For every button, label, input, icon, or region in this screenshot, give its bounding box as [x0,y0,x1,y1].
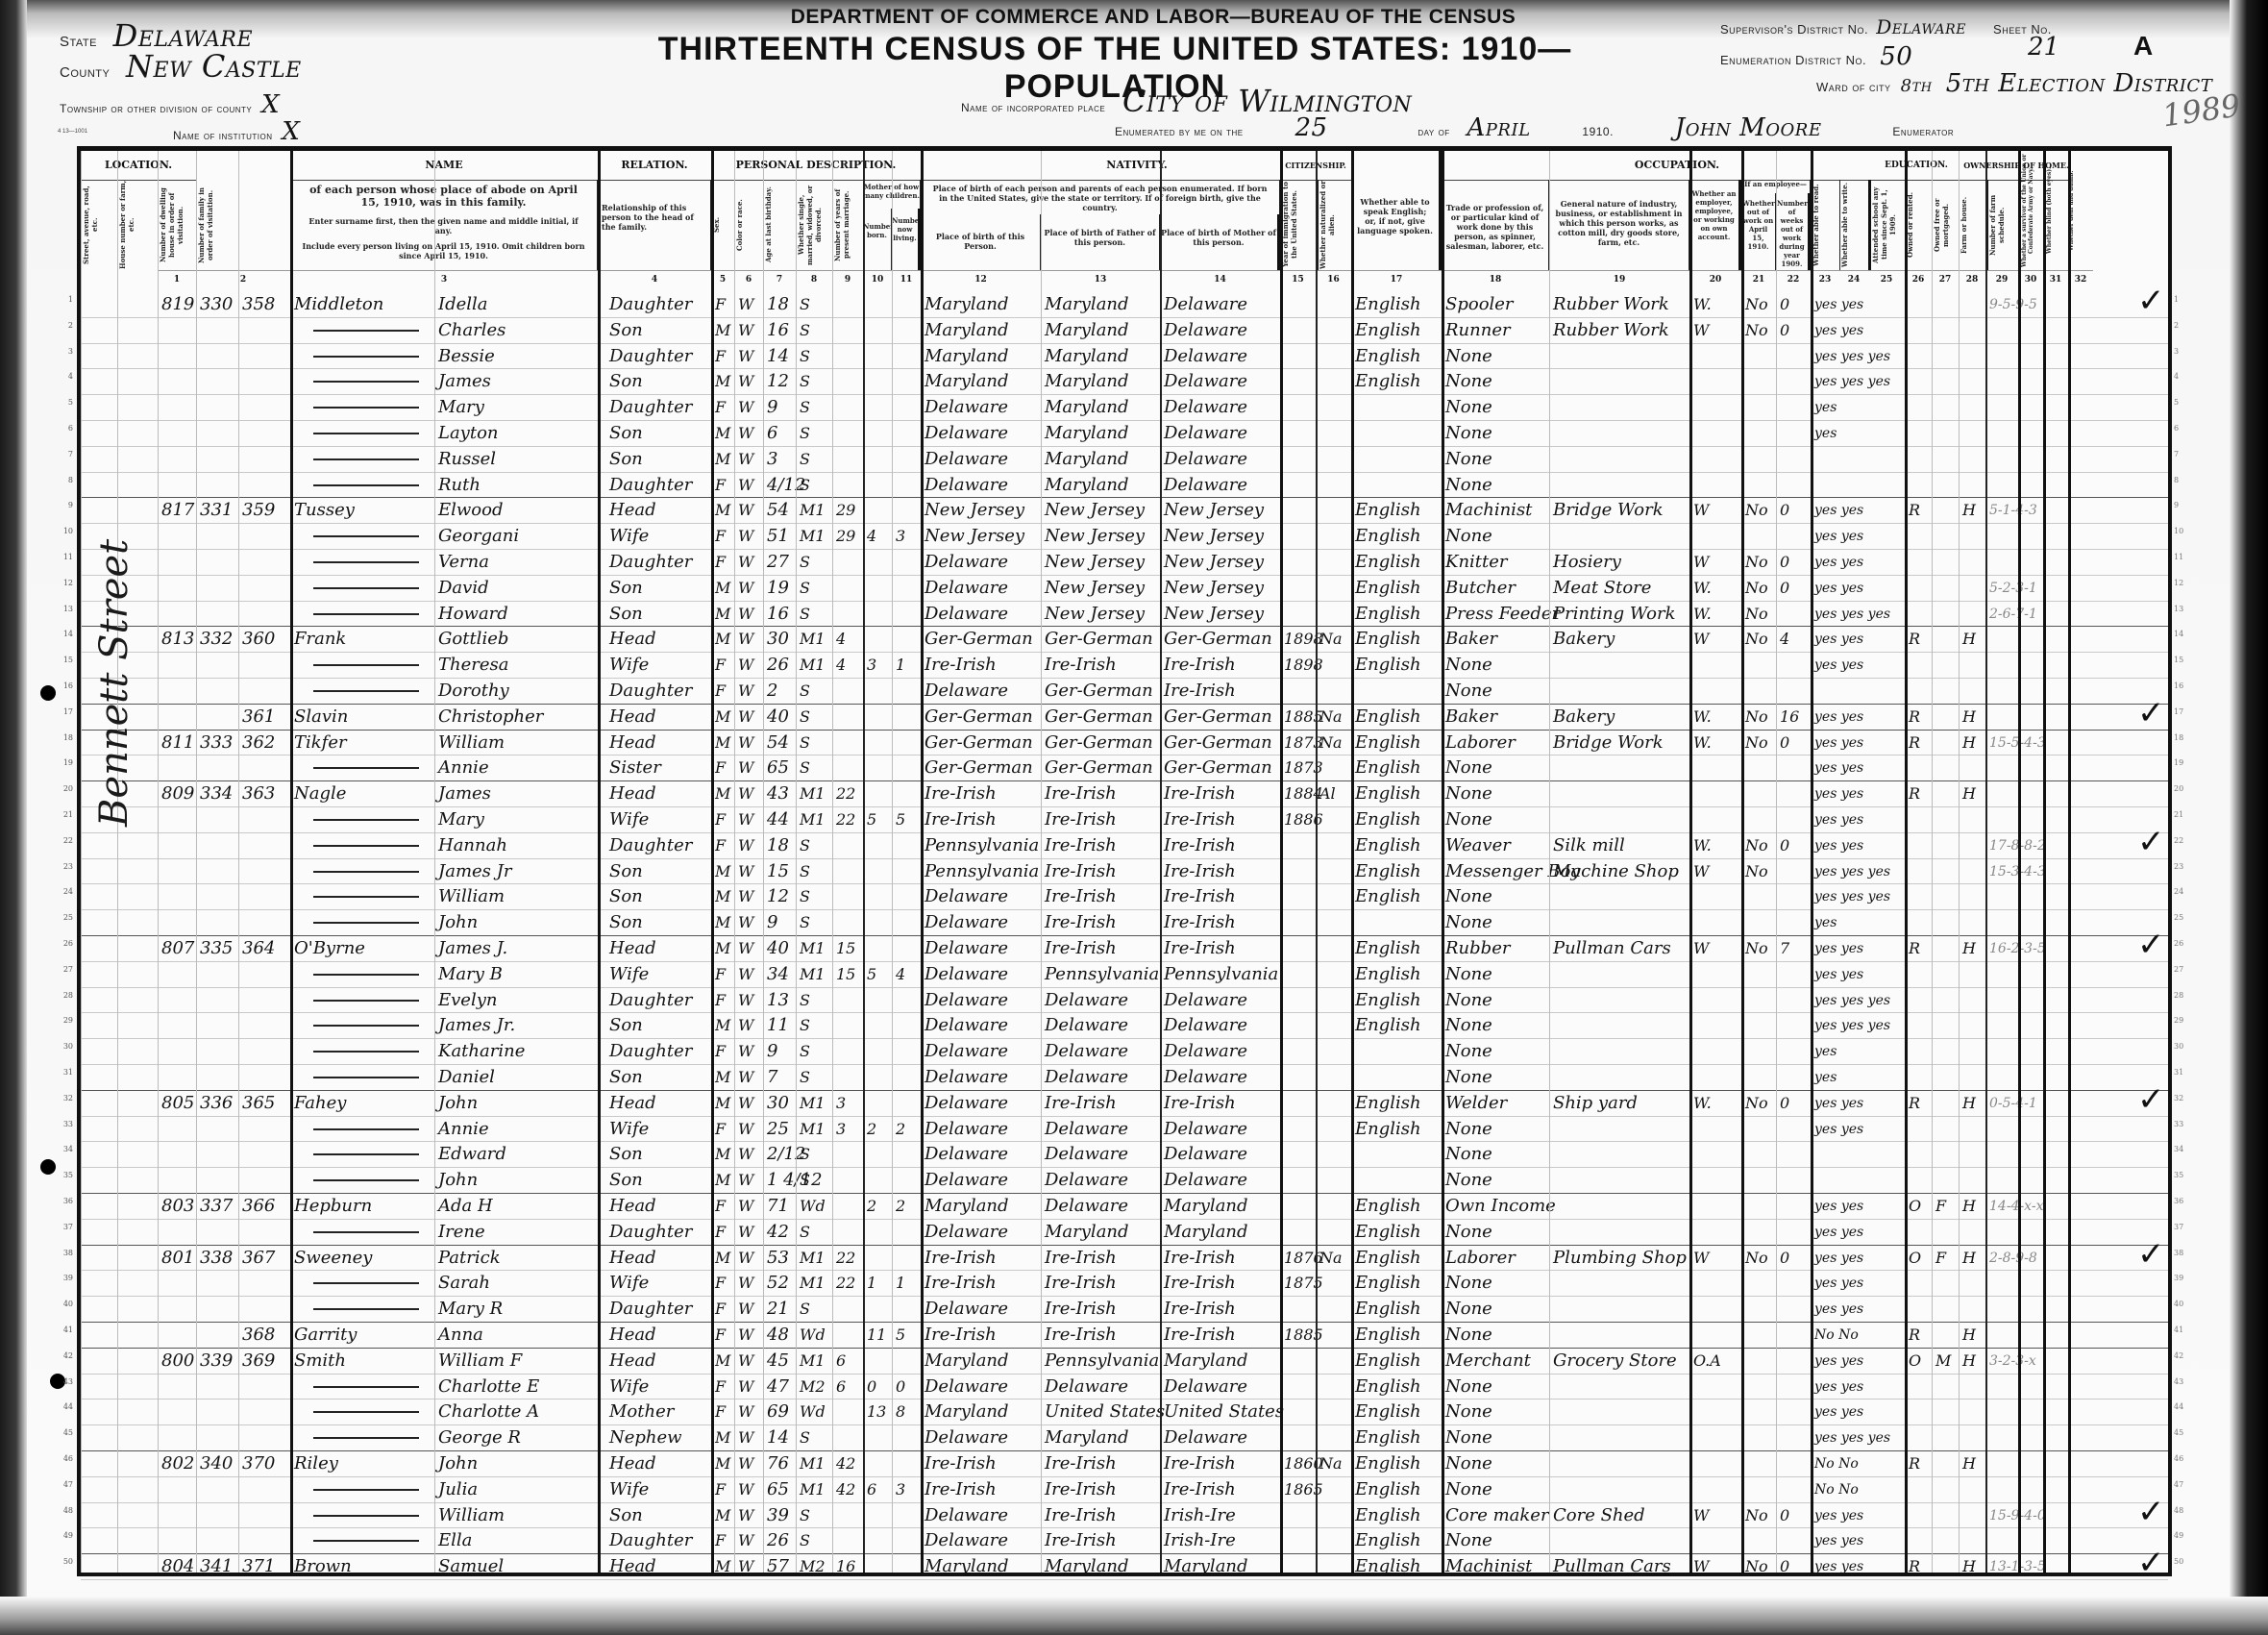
cell-mother-birth: Delaware [1164,1424,1247,1450]
line-number: 6 [35,424,73,433]
cell-mother-birth: Delaware [1164,1167,1247,1193]
cell-house: 334 [200,780,233,806]
cell-out-of-work: No [1745,730,1768,756]
table-row: 361SlavinChristopherHeadMW40SGer-GermanG… [81,704,2168,731]
cell-age: 48 [767,1322,789,1348]
cell-own: R [1909,626,1920,652]
cell-living: 1 [896,1270,905,1296]
cell-birth: Delaware [924,1296,1008,1322]
cell-father-birth: Maryland [1045,317,1129,343]
cell-sex: F [715,1193,726,1219]
cell-birth: Delaware [924,678,1008,704]
cell-age: 13 [767,987,789,1013]
cell-race: W [738,806,753,832]
header-blind: Whether blind (both eyes). [2043,151,2068,270]
ditto-mark [313,871,419,873]
cell-sex: M [715,575,730,601]
line-number: 16 [35,681,73,690]
cell-father-birth: New Jersey [1045,601,1145,627]
cell-mother-birth: Ire-Irish [1164,806,1236,832]
line-number: 21 [35,810,73,819]
column-number: 29 [1985,270,2018,288]
cell-born: 2 [867,1116,876,1142]
column-divider [1442,151,1444,1573]
cell-age: 71 [767,1193,789,1219]
cell-born: 6 [867,1476,876,1502]
line-number: 10 [2174,527,2203,535]
cell-sex: F [715,1322,726,1348]
column-number: 5 [711,270,734,288]
cell-read-write: yes yes yes [1814,1012,1890,1038]
cell-mother-birth: Ire-Irish [1164,1090,1236,1116]
line-number: 38 [2174,1249,2203,1257]
cell-marital: M1 [800,1090,826,1116]
cell-years-married: 29 [836,523,855,549]
cell-english: English [1355,730,1421,756]
cell-age: 15 [767,858,789,884]
cell-age: 47 [767,1374,789,1400]
cell-mother-birth: Ire-Irish [1164,1450,1236,1476]
cell-dwelling: 819 [161,291,194,317]
cell-relation: Head [609,730,656,756]
column-divider [2068,151,2071,1573]
cell-birth: Delaware [924,1167,1008,1193]
cell-race: W [738,626,753,652]
line-number: 46 [35,1454,73,1463]
cell-notes: 3-2-3-x [1989,1348,2036,1374]
column-number: 11 [892,270,921,288]
cell-living: 3 [896,523,905,549]
cell-english: English [1355,1012,1421,1038]
cell-class: W. [1693,291,1712,317]
cell-surname [313,806,419,832]
cell-age: 39 [767,1502,789,1528]
cell-farm-house: H [1962,1450,1976,1476]
cell-relation: Daughter [609,394,692,420]
cell-weeks: 0 [1780,832,1789,858]
cell-family: 365 [242,1090,275,1116]
cell-surname [313,1476,419,1502]
line-number: 49 [2174,1531,2203,1540]
cell-class: W. [1693,730,1712,756]
cell-birth: Delaware [924,394,1008,420]
cell-sex: M [715,704,730,730]
cell-age: 7 [767,1064,777,1090]
line-number: 41 [35,1325,73,1334]
township-label: Township or other division of county [60,102,252,115]
cell-sex: M [715,368,730,394]
ditto-mark [313,458,419,460]
cell-birth: Ire-Irish [924,1270,997,1296]
cell-read-write: yes yes [1814,780,1863,806]
cell-father-birth: New Jersey [1045,575,1145,601]
cell-father-birth: Maryland [1045,343,1129,369]
cell-mother-birth: Delaware [1164,1064,1247,1090]
cell-trade: Baker [1445,626,1497,652]
cell-read-write: yes yes [1814,1502,1863,1528]
cell-english: English [1355,806,1421,832]
check-mark-icon: ✓ [2137,823,2165,861]
cell-given: Anna [438,1322,483,1348]
cell-age: 21 [767,1296,789,1322]
cell-weeks: 0 [1780,1502,1789,1528]
column-number: 1 [158,270,196,288]
cell-relation: Head [609,1090,656,1116]
line-number: 1 [35,295,73,304]
cell-sex: M [715,1502,730,1528]
cell-race: W [738,549,753,575]
cell-trade: Laborer [1445,1245,1516,1271]
cell-sex: F [715,806,726,832]
cell-given: James Jr [438,858,511,884]
cell-relation: Daughter [609,1296,692,1322]
cell-birth: Ger-German [924,626,1033,652]
cell-relation: Sister [609,755,661,780]
cell-birth: Maryland [924,317,1009,343]
table-row: Charlotte AMotherFW69Wd138MarylandUnited… [81,1399,2168,1425]
cell-given: Theresa [438,652,508,678]
cell-read-write: yes [1814,1064,1837,1090]
column-divider [1351,151,1354,1573]
cell-trade: Welder [1445,1090,1507,1116]
table-row: Mary RDaughterFW21SDelawareIre-IrishIre-… [81,1296,2168,1323]
cell-surname [313,420,419,446]
ditto-mark [313,1153,419,1155]
department-heading: DEPARTMENT OF COMMERCE AND LABOR—BUREAU … [769,6,1538,29]
cell-age: 65 [767,1476,789,1502]
ditto-mark [313,1515,419,1517]
cell-father-birth: Maryland [1045,420,1129,446]
line-number: 19 [2174,758,2203,767]
table-row: 800339369SmithWilliam FHeadMW45M16Maryla… [81,1348,2168,1375]
cell-age: 40 [767,704,789,730]
cell-years-married: 3 [836,1090,846,1116]
cell-father-birth: Maryland [1045,394,1129,420]
cell-given: John [438,909,478,935]
column-number: 9 [832,270,863,288]
line-number: 9 [35,501,73,509]
cell-surname: Slavin [294,704,348,730]
cell-sex: F [715,1296,726,1322]
cell-read-write: yes yes yes [1814,601,1890,627]
cell-surname [313,1374,419,1400]
line-number: 50 [35,1557,73,1566]
line-number: 10 [35,527,73,535]
cell-read-write: yes yes yes [1814,343,1890,369]
cell-read-write: yes yes [1814,1116,1863,1142]
cell-sex: F [715,652,726,678]
cell-given: Mary [438,806,484,832]
cell-trade: Core maker [1445,1502,1549,1528]
column-divider [1985,151,1987,1573]
cell-mother-birth: New Jersey [1164,497,1264,523]
cell-trade: Machinist [1445,497,1532,523]
cell-relation: Daughter [609,343,692,369]
cell-father-birth: Pennsylvania [1045,961,1159,987]
cell-farm-house: H [1962,780,1976,806]
cell-race: W [738,1502,753,1528]
line-number: 45 [2174,1428,2203,1437]
cell-relation: Wife [609,1476,649,1502]
table-row: GeorganiWifeFW51M12943New JerseyNew Jers… [81,523,2168,550]
cell-farm-house: H [1962,1245,1976,1271]
cell-born: 3 [867,652,876,678]
cell-birth: Delaware [924,549,1008,575]
cell-family: 363 [242,780,275,806]
cell-surname [313,1064,419,1090]
ditto-mark [313,664,419,666]
cell-marital: S [800,858,810,884]
cell-farm-house: H [1962,935,1976,961]
cell-father-birth: Ire-Irish [1045,806,1117,832]
cell-english: English [1355,780,1421,806]
cell-marital: S [800,1502,810,1528]
cell-sex: M [715,1064,730,1090]
cell-relation: Son [609,909,643,935]
column-divider [238,151,239,1573]
header-read: Whether able to read. [1811,180,1839,270]
cell-birth: Delaware [924,575,1008,601]
cell-weeks: 4 [1780,626,1789,652]
cell-birth: New Jersey [924,523,1024,549]
column-number: 28 [1959,270,1985,288]
column-divider [117,151,118,1573]
cell-read-write: yes yes [1814,317,1863,343]
cell-read-write: yes yes [1814,652,1863,678]
column-divider [1741,151,1744,1573]
table-row: EvelynDaughterFW13SDelawareDelawareDelaw… [81,987,2168,1014]
check-mark-icon: ✓ [2137,1544,2165,1582]
line-number: 34 [2174,1145,2203,1153]
line-number: 44 [2174,1402,2203,1411]
cell-sex: M [715,935,730,961]
cell-father-birth: Ire-Irish [1045,1296,1117,1322]
line-number: 17 [35,707,73,716]
cell-relation: Head [609,780,656,806]
cell-marital: M1 [800,626,826,652]
cell-birth: Ire-Irish [924,1322,997,1348]
cell-birth: Delaware [924,1527,1008,1553]
cell-given: Russel [438,446,496,472]
cell-living: 4 [896,961,905,987]
line-number: 43 [35,1377,73,1386]
cell-family: 359 [242,497,275,523]
cell-notes: 2-6-7-1 [1989,601,2037,627]
cell-surname [313,1399,419,1424]
cell-class: W [1693,1245,1709,1271]
cell-father-birth: Maryland [1045,291,1129,317]
cell-english: English [1355,1450,1421,1476]
cell-surname [313,987,419,1013]
cell-relation: Wife [609,523,649,549]
enumerator-label: Enumerator [1892,125,1954,138]
line-number: 7 [35,450,73,458]
cell-sex: F [715,1116,726,1142]
cell-sex: M [715,1450,730,1476]
column-divider [832,151,833,1573]
ditto-mark [313,819,419,821]
cell-marital: M1 [800,1450,826,1476]
cell-birth: Ger-German [924,730,1033,756]
cell-given: Howard [438,601,508,627]
cell-marital: M1 [800,523,826,549]
table-row: DanielSonMW7SDelawareDelawareDelawareNon… [81,1064,2168,1091]
header-trade: Trade or profession of, or particular ki… [1442,180,1549,270]
column-divider [196,151,197,1573]
cell-family: 364 [242,935,275,961]
line-number: 13 [2174,605,2203,613]
cell-sex: F [715,1219,726,1245]
line-number: 5 [35,398,73,407]
cell-out-of-work: No [1745,1502,1768,1528]
ditto-mark [313,433,419,434]
cell-father-birth: Delaware [1045,1167,1128,1193]
cell-trade: None [1445,1476,1492,1502]
header-free-mortgaged: Owned free or mortgaged. [1932,180,1959,270]
cell-race: W [738,472,753,498]
cell-father-birth: Maryland [1045,1219,1129,1245]
cell-relation: Daughter [609,291,692,317]
table-row: 805336365FaheyJohnHeadMW30M13DelawareIre… [81,1090,2168,1117]
cell-birth: Ire-Irish [924,1245,997,1271]
cell-trade: None [1445,1141,1492,1167]
line-number: 22 [2174,836,2203,845]
cell-english: English [1355,1090,1421,1116]
cell-read-write: yes yes yes [1814,368,1890,394]
cell-notes: 9-5-9-5 [1989,291,2037,317]
cell-family: 358 [242,291,275,317]
column-number: 7 [763,270,796,288]
cell-race: W [738,1167,753,1193]
cell-read-write: yes yes [1814,935,1863,961]
header-deaf: Whether deaf and dumb. [2068,151,2168,270]
cell-years-married: 15 [836,935,855,961]
cell-surname: Fahey [294,1090,346,1116]
cell-trade: None [1445,780,1492,806]
line-number: 3 [35,347,73,356]
cell-house: 340 [200,1450,233,1476]
cell-birth: Maryland [924,1193,1009,1219]
header-age: Age at last birthday. [763,180,796,270]
line-number: 25 [35,913,73,922]
cell-out-of-work: No [1745,1553,1768,1579]
cell-mother-birth: Delaware [1164,291,1247,317]
cell-age: 6 [767,420,777,446]
line-number: 40 [2174,1300,2203,1308]
cell-relation: Daughter [609,987,692,1013]
cell-given: William [438,1502,505,1528]
cell-race: W [738,1348,753,1374]
cell-industry: Pullman Cars [1553,935,1671,961]
cell-notes: 14-4-x-x [1989,1193,2043,1219]
cell-father-birth: Delaware [1045,1193,1128,1219]
cell-father-birth: Maryland [1045,1553,1129,1579]
cell-sex: M [715,1167,730,1193]
table-row: JohnSonMW1 4/12SDelawareDelawareDelaware… [81,1167,2168,1194]
cell-marital: S [800,1141,810,1167]
cell-given: Christopher [438,704,543,730]
cell-race: W [738,291,753,317]
cell-mother-birth: New Jersey [1164,549,1264,575]
header-living: Number now living. [892,209,921,270]
cell-father-birth: Ire-Irish [1045,832,1117,858]
cell-given: Hannah [438,832,507,858]
cell-class: W [1693,497,1709,523]
cell-english: English [1355,1374,1421,1400]
cell-marital: S [800,1038,810,1064]
line-number: 32 [35,1094,73,1102]
cell-read-write: yes yes [1814,1296,1863,1322]
line-number: 17 [2174,707,2203,716]
cell-father-birth: Ire-Irish [1045,883,1117,909]
cell-read-write: yes yes yes [1814,858,1890,884]
line-number: 35 [2174,1171,2203,1179]
cell-mother-birth: Delaware [1164,420,1247,446]
cell-marital: M1 [800,1348,826,1374]
cell-living: 2 [896,1193,905,1219]
cell-given: William [438,883,505,909]
column-number: 15 [1280,270,1316,288]
cell-age: 11 [767,1012,789,1038]
cell-birth: Delaware [924,1502,1008,1528]
cell-given: Annie [438,755,489,780]
cell-industry: Plumbing Shop [1553,1245,1687,1271]
header-name-title: of each person whose place of abode on A… [302,184,585,209]
cell-relation: Daughter [609,472,692,498]
cell-surname: Smith [294,1348,346,1374]
cell-english: English [1355,291,1421,317]
cell-mother-birth: Ire-Irish [1164,1245,1236,1271]
cell-father-birth: Ger-German [1045,626,1153,652]
cell-race: W [738,652,753,678]
cell-class: W. [1693,704,1712,730]
table-row: RuthDaughterFW4/12SDelawareMarylandDelaw… [81,472,2168,499]
table-row: 801338367SweeneyPatrickHeadMW53M122Ire-I… [81,1245,2168,1272]
cell-race: W [738,575,753,601]
institution-field: Name of institution X [173,117,300,146]
cell-nat: Na [1319,704,1343,730]
cell-surname [313,909,419,935]
cell-age: 54 [767,730,789,756]
cell-out-of-work: No [1745,601,1768,627]
column-number: 6 [734,270,763,288]
cell-father-birth: Ire-Irish [1045,1476,1117,1502]
cell-marital: M1 [800,961,826,987]
cell-birth: Delaware [924,472,1008,498]
cell-surname [313,601,419,627]
line-number: 42 [2174,1351,2203,1360]
ditto-mark [313,1386,419,1388]
cell-given: Daniel [438,1064,495,1090]
cell-trade: None [1445,343,1492,369]
scan-edge-bottom [0,1597,2268,1635]
cell-birth: Delaware [924,909,1008,935]
cell-mother-birth: Ire-Irish [1164,678,1236,704]
table-row: EdwardSonMW2/12SDelawareDelawareDelaware… [81,1141,2168,1168]
cell-sex: F [715,1476,726,1502]
cell-marital: S [800,1064,810,1090]
cell-age: 34 [767,961,789,987]
cell-age: 45 [767,1348,789,1374]
cell-race: W [738,1553,753,1579]
enumeration-month: April [1467,113,1531,142]
cell-sex: F [715,1038,726,1064]
cell-father-birth: Ire-Irish [1045,1502,1117,1528]
column-number: 30 [2018,270,2043,288]
cell-father-birth: Maryland [1045,368,1129,394]
cell-farm-house: H [1962,730,1976,756]
cell-weeks: 16 [1780,704,1799,730]
